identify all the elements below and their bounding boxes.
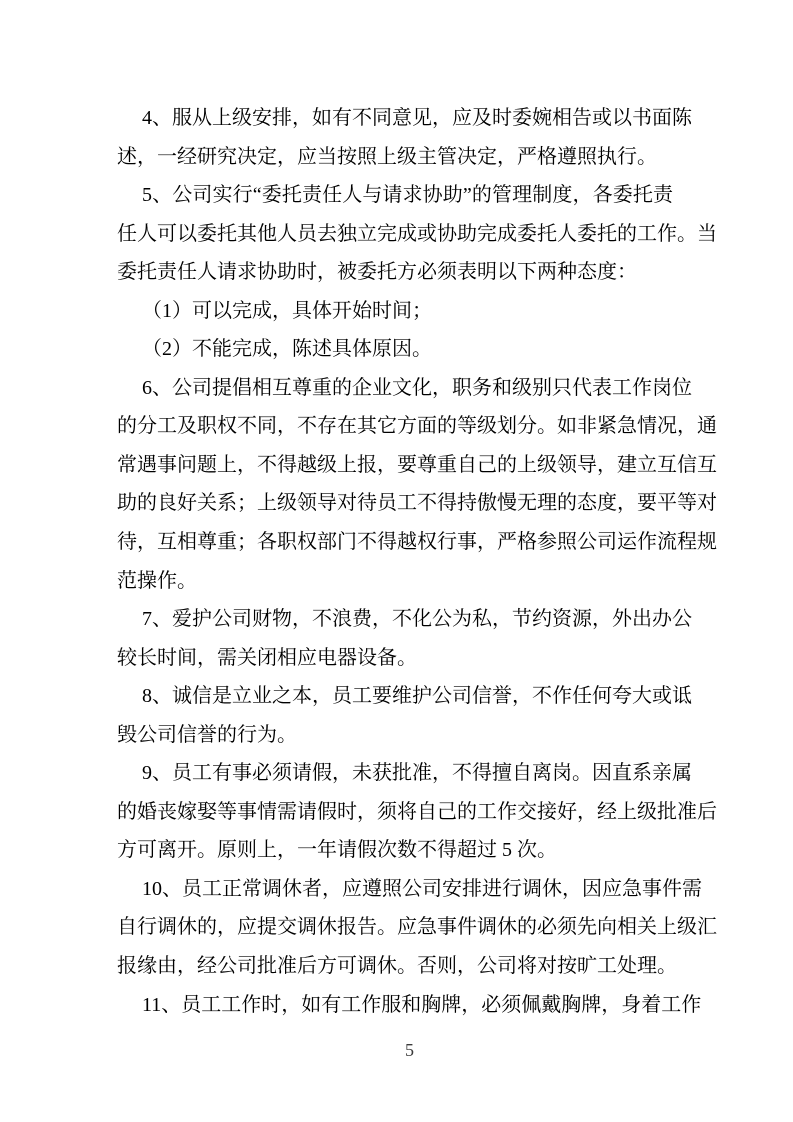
text-line: 待，互相尊重；各职权部门不得越权行事，严格参照公司运作流程规	[117, 523, 673, 562]
document-page: 4、服从上级安排，如有不同意见，应及时委婉相告或以书面陈述，一经研究决定，应当按…	[0, 0, 793, 1122]
text-line: 5、公司实行“委托责任人与请求协助”的管理制度，各委托责	[117, 176, 673, 215]
text-line: （2）不能完成，陈述具体原因。	[117, 330, 673, 369]
text-line: 的分工及职权不同，不存在其它方面的等级划分。如非紧急情况，通	[117, 407, 673, 446]
text-line: 6、公司提倡相互尊重的企业文化，职务和级别只代表工作岗位	[117, 369, 673, 408]
text-line: （1）可以完成，具体开始时间；	[117, 292, 673, 331]
text-line: 7、爱护公司财物，不浪费，不化公为私，节约资源，外出办公	[117, 600, 673, 639]
text-line: 委托责任人请求协助时，被委托方必须表明以下两种态度：	[117, 253, 673, 292]
document-body: 4、服从上级安排，如有不同意见，应及时委婉相告或以书面陈述，一经研究决定，应当按…	[117, 99, 673, 1024]
text-line: 较长时间，需关闭相应电器设备。	[117, 639, 673, 678]
text-line: 范操作。	[117, 562, 673, 601]
text-line: 11、员工工作时，如有工作服和胸牌，必须佩戴胸牌，身着工作	[117, 986, 673, 1025]
text-line: 9、员工有事必须请假，未获批准，不得擅自离岗。因直系亲属	[117, 754, 673, 793]
text-line: 助的良好关系；上级领导对待员工不得持傲慢无理的态度，要平等对	[117, 484, 673, 523]
text-line: 毁公司信誉的行为。	[117, 716, 673, 755]
text-line: 4、服从上级安排，如有不同意见，应及时委婉相告或以书面陈	[117, 99, 673, 138]
text-line: 任人可以委托其他人员去独立完成或协助完成委托人委托的工作。当	[117, 215, 673, 254]
text-line: 的婚丧嫁娶等事情需请假时，须将自己的工作交接好，经上级批准后	[117, 793, 673, 832]
text-line: 8、诚信是立业之本，员工要维护公司信誉，不作任何夸大或诋	[117, 677, 673, 716]
text-line: 述，一经研究决定，应当按照上级主管决定，严格遵照执行。	[117, 138, 673, 177]
text-line: 10、员工正常调休者，应遵照公司安排进行调休，因应急事件需	[117, 870, 673, 909]
text-line: 方可离开。原则上，一年请假次数不得超过 5 次。	[117, 831, 673, 870]
page-number: 5	[0, 1041, 793, 1059]
text-line: 常遇事问题上，不得越级上报，要尊重自己的上级领导，建立互信互	[117, 446, 673, 485]
text-line: 报缘由，经公司批准后方可调休。否则，公司将对按旷工处理。	[117, 947, 673, 986]
text-line: 自行调休的，应提交调休报告。应急事件调休的必须先向相关上级汇	[117, 908, 673, 947]
